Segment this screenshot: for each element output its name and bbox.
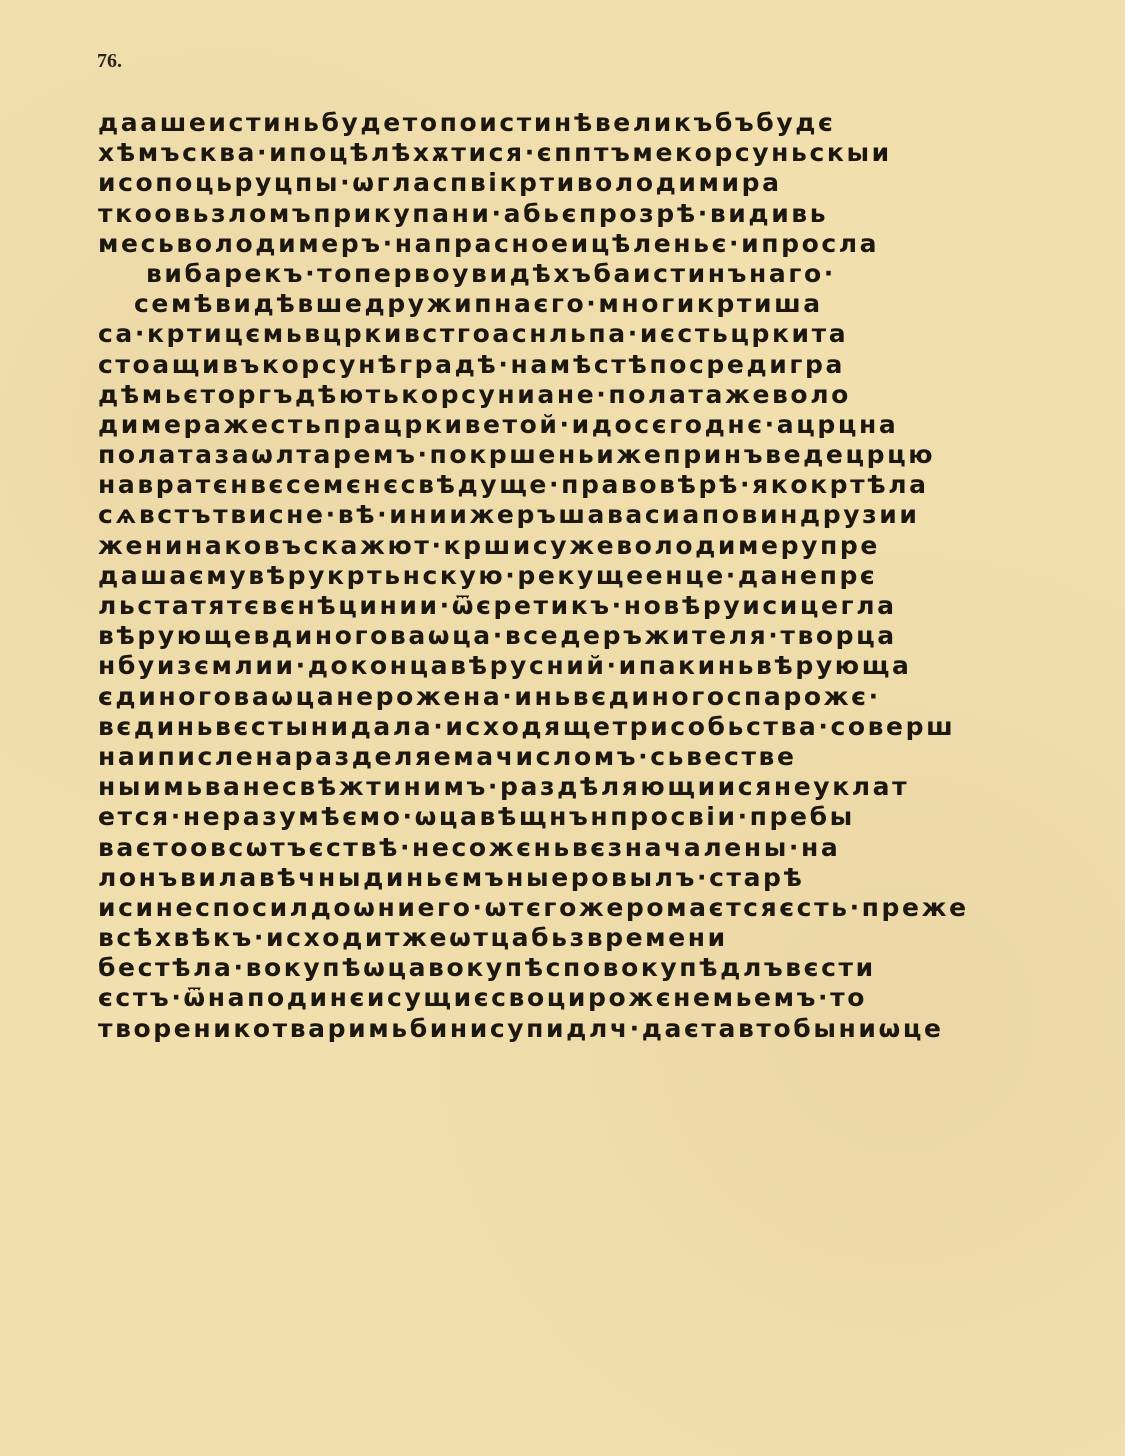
- manuscript-line: єстъ·ѿнаподинєисущиєсвоцирожєнемьемъ·то: [98, 983, 1108, 1013]
- manuscript-line: вєдиньвєстынидала·исходящетрисобьства·со…: [98, 712, 1108, 742]
- page-number: 76.: [97, 50, 122, 73]
- manuscript-line: исопоцьруцпы·ѡгласпвікртиволодимира: [98, 168, 1108, 198]
- manuscript-line: полатазаѡлтаремъ·покршеньижепринъведецрц…: [98, 440, 1108, 470]
- manuscript-line: твореникотваримьбинисупидлч·даєтавтобыни…: [98, 1014, 1108, 1044]
- manuscript-line: нбуизємлии·доконцавѣрусний·ипакиньвѣрующ…: [98, 651, 1108, 681]
- manuscript-line: ткоовьзломъприкупани·абьєпрозрѣ·видивь: [98, 199, 1108, 229]
- manuscript-line: даашеистиньбудетопоистинѣвеликъбъбудє: [98, 108, 1108, 138]
- manuscript-line: исинеспосилдоѡниего·ѡтєгожеромаєтсяєсть·…: [98, 893, 1108, 923]
- manuscript-line: ется·неразумѣємо·ѡцавѣщнънпросвіи·пребы: [98, 802, 1108, 832]
- manuscript-line: ныимьванесвѣжтинимъ·раздѣляющиисянеуклат: [98, 772, 1108, 802]
- manuscript-line: навратєнвєсемєнєсвѣдуще·правовѣрѣ·якокрт…: [98, 470, 1108, 500]
- manuscript-line: льстатятєвєнѣцинии·ѿєретикъ·новѣруисицег…: [98, 591, 1108, 621]
- manuscript-line: стоащивъкорсунѣградѣ·намѣстѣпосредигра: [98, 350, 1108, 380]
- manuscript-line: всѣхвѣкъ·исходитжеѡтцабьзвремени: [98, 923, 1108, 953]
- manuscript-line: вибарекъ·топервоувидѣхъбаистинънаго·: [98, 259, 1108, 289]
- manuscript-line: наиписленаразделяемачисломъ·сьвестве: [98, 742, 1108, 772]
- manuscript-line: дѣмьєторгъдѣютькорсуниане·полатажеволо: [98, 380, 1108, 410]
- manuscript-line: лонъвилавѣчныдиньємъныеровылъ·старѣ: [98, 863, 1108, 893]
- manuscript-line: са·кртицємьвцркивстгоаснльпа·иєстьцркита: [98, 319, 1108, 349]
- manuscript-line: семѣвидѣвшедружипнаєго·многикртиша: [98, 289, 1108, 319]
- manuscript-line: женинаковъскажют·кршисужеволодимерупре: [98, 531, 1108, 561]
- manuscript-line: вѣрующевдиноговаѡца·вседеръжителя·творца: [98, 621, 1108, 651]
- manuscript-line: хѣмъсква·ипоцѣлѣхѫтися·єпптъмекорсуньскы…: [98, 138, 1108, 168]
- manuscript-line: сѧвстътвисне·вѣ·иниижеръшавасиаповиндруз…: [98, 500, 1108, 530]
- manuscript-text-block: даашеистиньбудетопоистинѣвеликъбъбудє хѣ…: [98, 108, 1108, 1044]
- manuscript-line: єдиноговаѡцанерожена·иньвєдиногоспарожє·: [98, 682, 1108, 712]
- manuscript-line: димеражестьпрацркиветой·идосєгоднє·ацрцн…: [98, 410, 1108, 440]
- manuscript-line: ваєтоовсѡтъєствѣ·несожєньвєзначалены·на: [98, 833, 1108, 863]
- manuscript-line: бестѣла·вокупѣѡцавокупѣсповокупѣдлъвєсти: [98, 953, 1108, 983]
- manuscript-line: дашаємувѣрукртьнскую·рекущеенце·данепрє: [98, 561, 1108, 591]
- manuscript-line: месьволодимеръ·напрасноеицѣленьє·ипросла: [98, 229, 1108, 259]
